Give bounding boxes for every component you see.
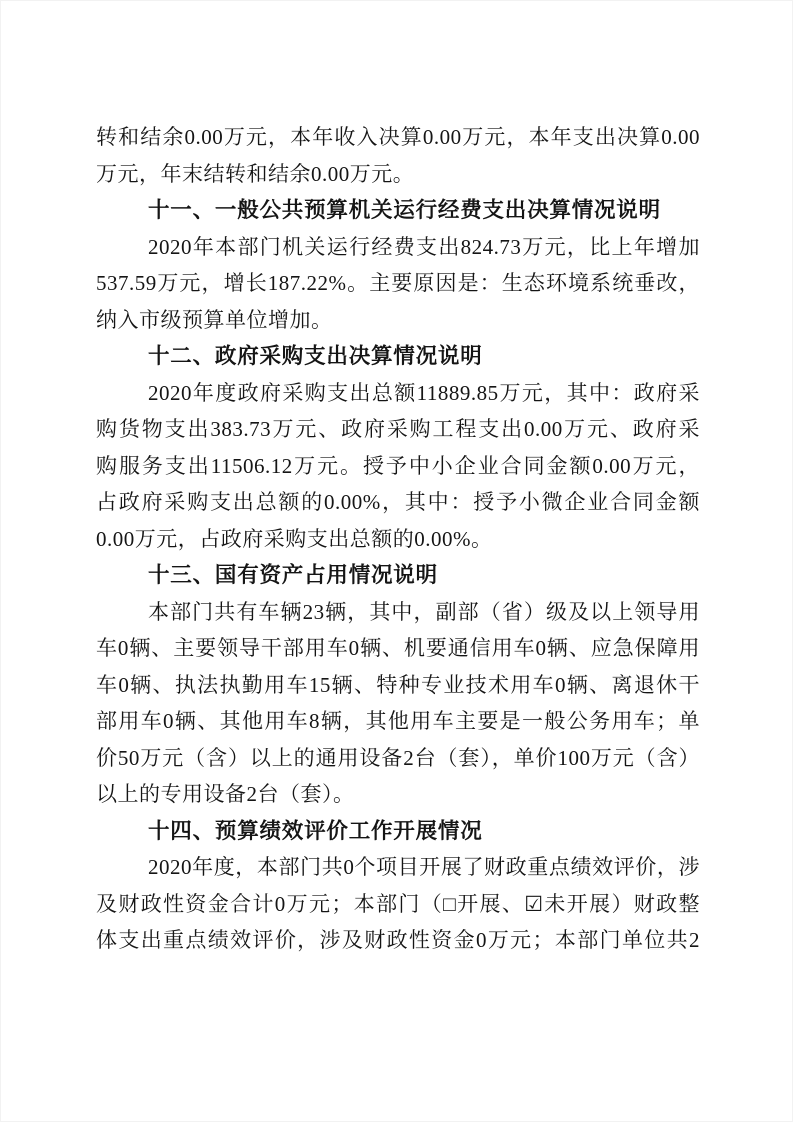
para-line: 占政府采购支出总额的0.00%，其中：授予小微企业合同金额: [96, 484, 700, 521]
para-line: 本部门共有车辆23辆，其中，副部（省）级及以上领导用: [96, 594, 700, 631]
para-line: 购服务支出11506.12万元。授予中小企业合同金额0.00万元，: [96, 448, 700, 485]
para-line: 以上的专用设备2台（套）。: [96, 776, 700, 813]
para-line: 转和结余0.00万元，本年收入决算0.00万元，本年支出决算0.00: [96, 119, 700, 156]
document-page: 转和结余0.00万元，本年收入决算0.00万元，本年支出决算0.00 万元，年末…: [0, 0, 793, 1122]
para-line: 2020年度政府采购支出总额11889.85万元，其中：政府采: [96, 375, 700, 412]
para-line: 纳入市级预算单位增加。: [96, 302, 700, 339]
section-heading-13: 十三、国有资产占用情况说明: [96, 557, 700, 594]
para-line: 2020年度，本部门共0个项目开展了财政重点绩效评价，涉: [96, 849, 700, 886]
para-line: 购货物支出383.73万元、政府采购工程支出0.00万元、政府采: [96, 411, 700, 448]
para-line: 车0辆、执法执勤用车15辆、特种专业技术用车0辆、离退休干: [96, 667, 700, 704]
para-line-with-checkboxes: 及财政性资金合计0万元；本部门（□开展、☑未开展）财政整: [96, 886, 700, 923]
para-line: 2020年本部门机关运行经费支出824.73万元，比上年增加: [96, 229, 700, 266]
section-heading-12: 十二、政府采购支出决算情况说明: [96, 338, 700, 375]
para-line: 价50万元（含）以上的通用设备2台（套），单价100万元（含）: [96, 740, 700, 777]
para-line: 体支出重点绩效评价，涉及财政性资金0万元；本部门单位共2: [96, 922, 700, 959]
para-line: 车0辆、主要领导干部用车0辆、机要通信用车0辆、应急保障用: [96, 630, 700, 667]
section-heading-14: 十四、预算绩效评价工作开展情况: [96, 813, 700, 850]
para-line: 万元，年末结转和结余0.00万元。: [96, 156, 700, 193]
para-line: 0.00万元，占政府采购支出总额的0.00%。: [96, 521, 700, 558]
page-content: 转和结余0.00万元，本年收入决算0.00万元，本年支出决算0.00 万元，年末…: [96, 119, 700, 959]
para-line: 537.59万元，增长187.22%。主要原因是：生态环境系统垂改，: [96, 265, 700, 302]
para-line: 部用车0辆、其他用车8辆，其他用车主要是一般公务用车；单: [96, 703, 700, 740]
section-heading-11: 十一、一般公共预算机关运行经费支出决算情况说明: [96, 192, 700, 229]
